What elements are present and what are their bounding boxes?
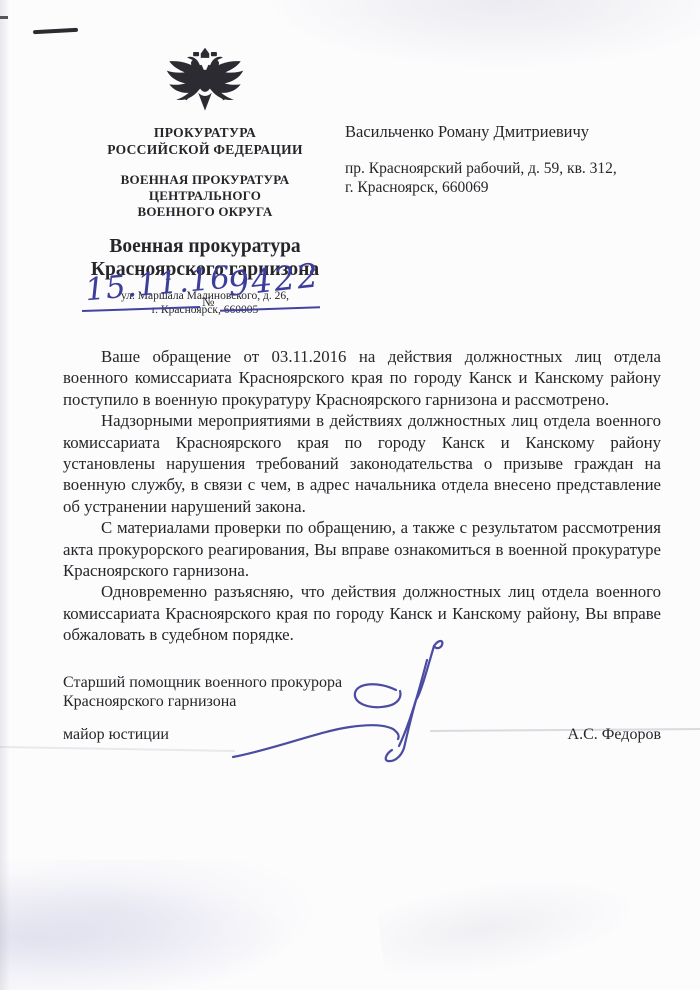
scan-artifact-line: [33, 28, 78, 34]
body-paragraph-3: С материалами проверки по обращению, а т…: [63, 517, 661, 581]
signer-position-line1: Старший помощник военного прокурора: [63, 673, 661, 692]
scan-artifact-edge: [0, 16, 8, 19]
signature-block: Старший помощник военного прокурора Крас…: [63, 673, 661, 744]
number-underline: [220, 306, 320, 311]
recipient-name: Васильченко Роману Дмитриевичу: [345, 122, 675, 142]
body-paragraph-2: Надзорными мероприятиями в действиях дол…: [63, 410, 661, 517]
scan-shading-bottom-right: [375, 862, 645, 987]
signer-rank: майор юстиции: [63, 725, 169, 744]
recipient-block: Васильченко Роману Дмитриевичу пр. Красн…: [345, 122, 675, 197]
unit-name-line1: Военная прокуратура: [63, 235, 347, 258]
recipient-address-line1: пр. Красноярский рабочий, д. 59, кв. 312…: [345, 159, 675, 178]
scan-edge-left: [0, 0, 10, 990]
double-headed-eagle-icon: [162, 46, 248, 114]
org-name-line4: ЦЕНТРАЛЬНОГО: [63, 188, 347, 204]
org-name-line1: ПРОКУРАТУРА: [63, 124, 347, 141]
letter-body: Ваше обращение от 03.11.2016 на действия…: [63, 346, 661, 744]
paper-crease-left: [0, 746, 235, 752]
signer-name: А.С. Федоров: [568, 725, 661, 744]
body-paragraph-4: Одновременно разъясняю, что действия дол…: [63, 581, 661, 645]
scan-smudge-bottom-left: [0, 860, 340, 990]
org-name-line2: РОССИЙСКОЙ ФЕДЕРАЦИИ: [63, 141, 347, 158]
reference-row: 15.11.16 № 9422: [80, 268, 330, 318]
body-paragraph-1: Ваше обращение от 03.11.2016 на действия…: [63, 346, 661, 410]
number-sign-label: №: [202, 294, 214, 310]
org-name-line3: ВОЕННАЯ ПРОКУРАТУРА: [63, 172, 347, 188]
handwritten-outgoing-number: 9422: [226, 255, 322, 303]
scanned-letter-page: ПРОКУРАТУРА РОССИЙСКОЙ ФЕДЕРАЦИИ ВОЕННАЯ…: [0, 0, 700, 990]
signer-position-line2: Красноярского гарнизона: [63, 692, 661, 711]
org-name-line5: ВОЕННОГО ОКРУГА: [63, 204, 347, 220]
recipient-address-line2: г. Красноярск, 660069: [345, 178, 675, 197]
